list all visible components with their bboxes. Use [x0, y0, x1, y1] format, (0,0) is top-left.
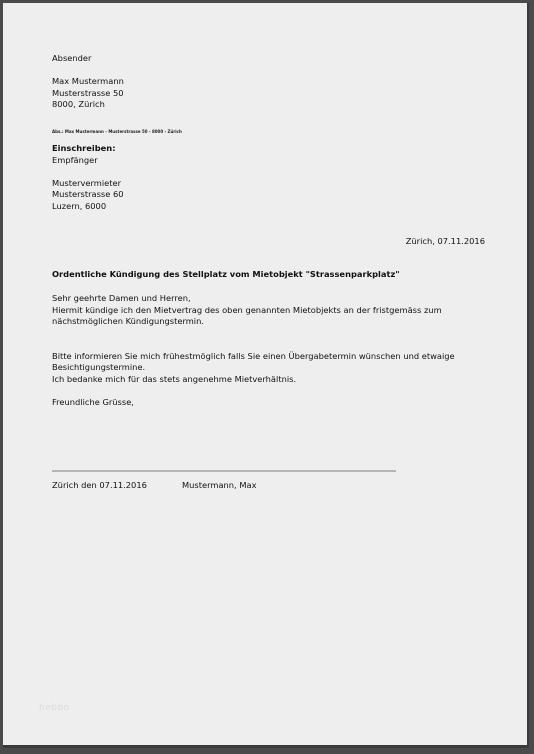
- recipient-name: Mustervermieter: [52, 178, 124, 190]
- sender-block: Absender Max Mustermann Musterstrasse 50…: [52, 53, 124, 111]
- letter-body: Sehr geehrte Damen und Herren, Hiermit k…: [52, 293, 455, 408]
- delivery-type: Einschreiben:: [52, 143, 124, 155]
- signature-place-date: Zürich den 07.11.2016: [52, 480, 147, 492]
- closing: Freundliche Grüsse,: [52, 397, 455, 409]
- body-paragraph-2-line-1: Bitte informieren Sie mich frühestmöglic…: [52, 351, 455, 363]
- sender-street: Musterstrasse 50: [52, 88, 124, 100]
- signature-line: [52, 470, 396, 472]
- body-paragraph-2-line-2: Besichtigungstermine.: [52, 362, 455, 374]
- body-paragraph-1-line-2: nächstmöglichen Kündigungstermin.: [52, 316, 455, 328]
- body-paragraph-1-line-1: Hiermit kündige ich den Mietvertrag des …: [52, 305, 455, 317]
- recipient-heading: Empfänger: [52, 155, 124, 167]
- recipient-city: Luzern, 6000: [52, 201, 124, 213]
- recipient-block: Einschreiben: Empfänger Mustervermieter …: [52, 143, 124, 212]
- salutation: Sehr geehrte Damen und Herren,: [52, 293, 455, 305]
- watermark: hebbo: [39, 703, 70, 715]
- signature-name: Mustermann, Max: [182, 480, 256, 492]
- return-address-line: Abs.: Max Mustermann - Musterstrasse 50 …: [52, 129, 182, 134]
- letter-page: Absender Max Mustermann Musterstrasse 50…: [3, 3, 529, 748]
- place-date: Zürich, 07.11.2016: [406, 236, 485, 248]
- sender-heading: Absender: [52, 53, 124, 65]
- sender-city: 8000, Zürich: [52, 99, 124, 111]
- recipient-street: Musterstrasse 60: [52, 189, 124, 201]
- subject-line: Ordentliche Kündigung des Stellplatz vom…: [52, 269, 400, 281]
- body-paragraph-3: Ich bedanke mich für das stets angenehme…: [52, 374, 455, 386]
- sender-name: Max Mustermann: [52, 76, 124, 88]
